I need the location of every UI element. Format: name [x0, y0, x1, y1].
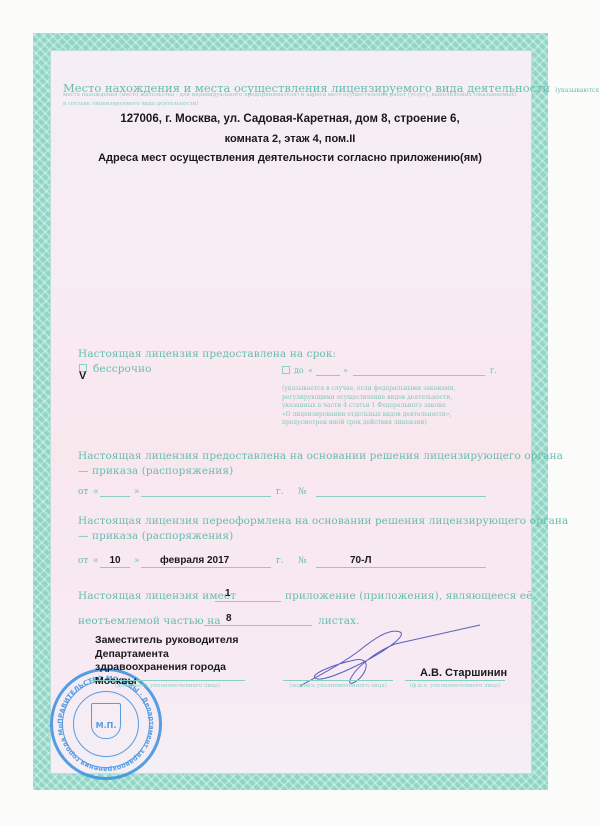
- position-line: здравоохранения города: [95, 661, 238, 675]
- position-line: Заместитель руководителя: [95, 634, 238, 648]
- signature-caption: (подпись уполномоченного лица): [283, 683, 393, 689]
- reissued-open-quote: «: [93, 556, 99, 566]
- address-line-2: комната 2, этаж 4, пом.II: [60, 133, 520, 145]
- name-caption: (ф.и.о. уполномоченного лица): [405, 683, 505, 689]
- location-heading-note: (указываются адрес: [555, 87, 600, 94]
- appendix-count: 1: [225, 588, 231, 599]
- reissued-day-line: [100, 567, 130, 568]
- indefinite-label: бессрочно: [93, 363, 152, 375]
- until-year-suffix: г.: [490, 366, 497, 375]
- until-note-line: предусмотрен иной срок действия лицензии…: [282, 419, 502, 428]
- appendix-middle: приложение (приложения), являющееся её: [285, 590, 532, 602]
- until-close-quote: »: [343, 366, 348, 375]
- position-caption: (должность уполномоченного лица): [90, 683, 245, 689]
- granted-line-1: Настоящая лицензия предоставлена на осно…: [78, 450, 563, 462]
- until-note: (указывается в случае, если федеральными…: [282, 385, 502, 428]
- granted-open-quote: «: [93, 487, 99, 497]
- activity-addresses: Адреса мест осуществления деятельности с…: [60, 152, 520, 164]
- stamp-center-label: М.П.: [53, 721, 159, 730]
- name-line-rule: [405, 680, 505, 681]
- reissued-year-suffix: г.: [276, 556, 284, 566]
- reissued-line-1: Настоящая лицензия переоформлена на осно…: [78, 515, 568, 527]
- reissued-number-line: [316, 567, 486, 568]
- granted-close-quote: »: [134, 487, 140, 497]
- reissued-number-label: №: [298, 556, 307, 566]
- appendix-sheets-line: [204, 625, 312, 626]
- position-line: Департамента: [95, 648, 238, 662]
- appendix-line2-prefix: неотъемлемой частью на: [78, 615, 221, 627]
- granted-line-2: — приказа (распоряжения): [78, 465, 233, 477]
- reissued-line-2: — приказа (распоряжения): [78, 530, 233, 542]
- until-checkbox[interactable]: [282, 366, 290, 374]
- appendix-count-line: [215, 601, 281, 602]
- reissued-day: 10: [100, 555, 130, 566]
- appendix-prefix: Настоящая лицензия имеет: [78, 590, 236, 602]
- address-line-1: 127006, г. Москва, ул. Садовая-Каретная,…: [60, 113, 520, 125]
- signature-line-rule: [283, 680, 393, 681]
- until-note-line: указанных в части 4 статьи 1 Федеральног…: [282, 402, 502, 411]
- until-note-line: (указывается в случае, если федеральными…: [282, 385, 502, 394]
- reissued-month-line: [141, 567, 271, 568]
- license-page: Место нахождения и места осуществления л…: [0, 0, 600, 826]
- until-month-line: [353, 375, 485, 376]
- appendix-sheets: 8: [226, 613, 232, 624]
- position-line-rule: [90, 680, 245, 681]
- reissued-from-label: от: [78, 556, 88, 566]
- granted-number-label: №: [298, 487, 307, 497]
- reissued-month-year: февраля 2017: [160, 555, 229, 566]
- until-note-line: регулирующими осуществление видов деятел…: [282, 394, 502, 403]
- granted-month-line: [141, 496, 271, 497]
- until-note-line: «О лицензировании отдельных видов деятел…: [282, 411, 502, 420]
- granted-day-line: [100, 496, 130, 497]
- until-open-quote: «: [308, 366, 313, 375]
- until-day-line: [316, 375, 340, 376]
- granted-from-label: от: [78, 487, 88, 497]
- reissued-number: 70-Л: [350, 555, 371, 566]
- location-note-line3: в составе лицензируемого вида деятельнос…: [63, 101, 199, 107]
- granted-year-suffix: г.: [276, 487, 284, 497]
- granted-number-line: [316, 496, 486, 497]
- reissued-close-quote: »: [134, 556, 140, 566]
- location-note-line2: места нахождения (место жительства - для…: [63, 92, 533, 98]
- until-label: до: [294, 366, 304, 375]
- signatory-name: А.В. Старшинин: [420, 667, 507, 679]
- term-heading: Настоящая лицензия предоставлена на срок…: [78, 348, 336, 360]
- check-mark: V: [79, 370, 86, 382]
